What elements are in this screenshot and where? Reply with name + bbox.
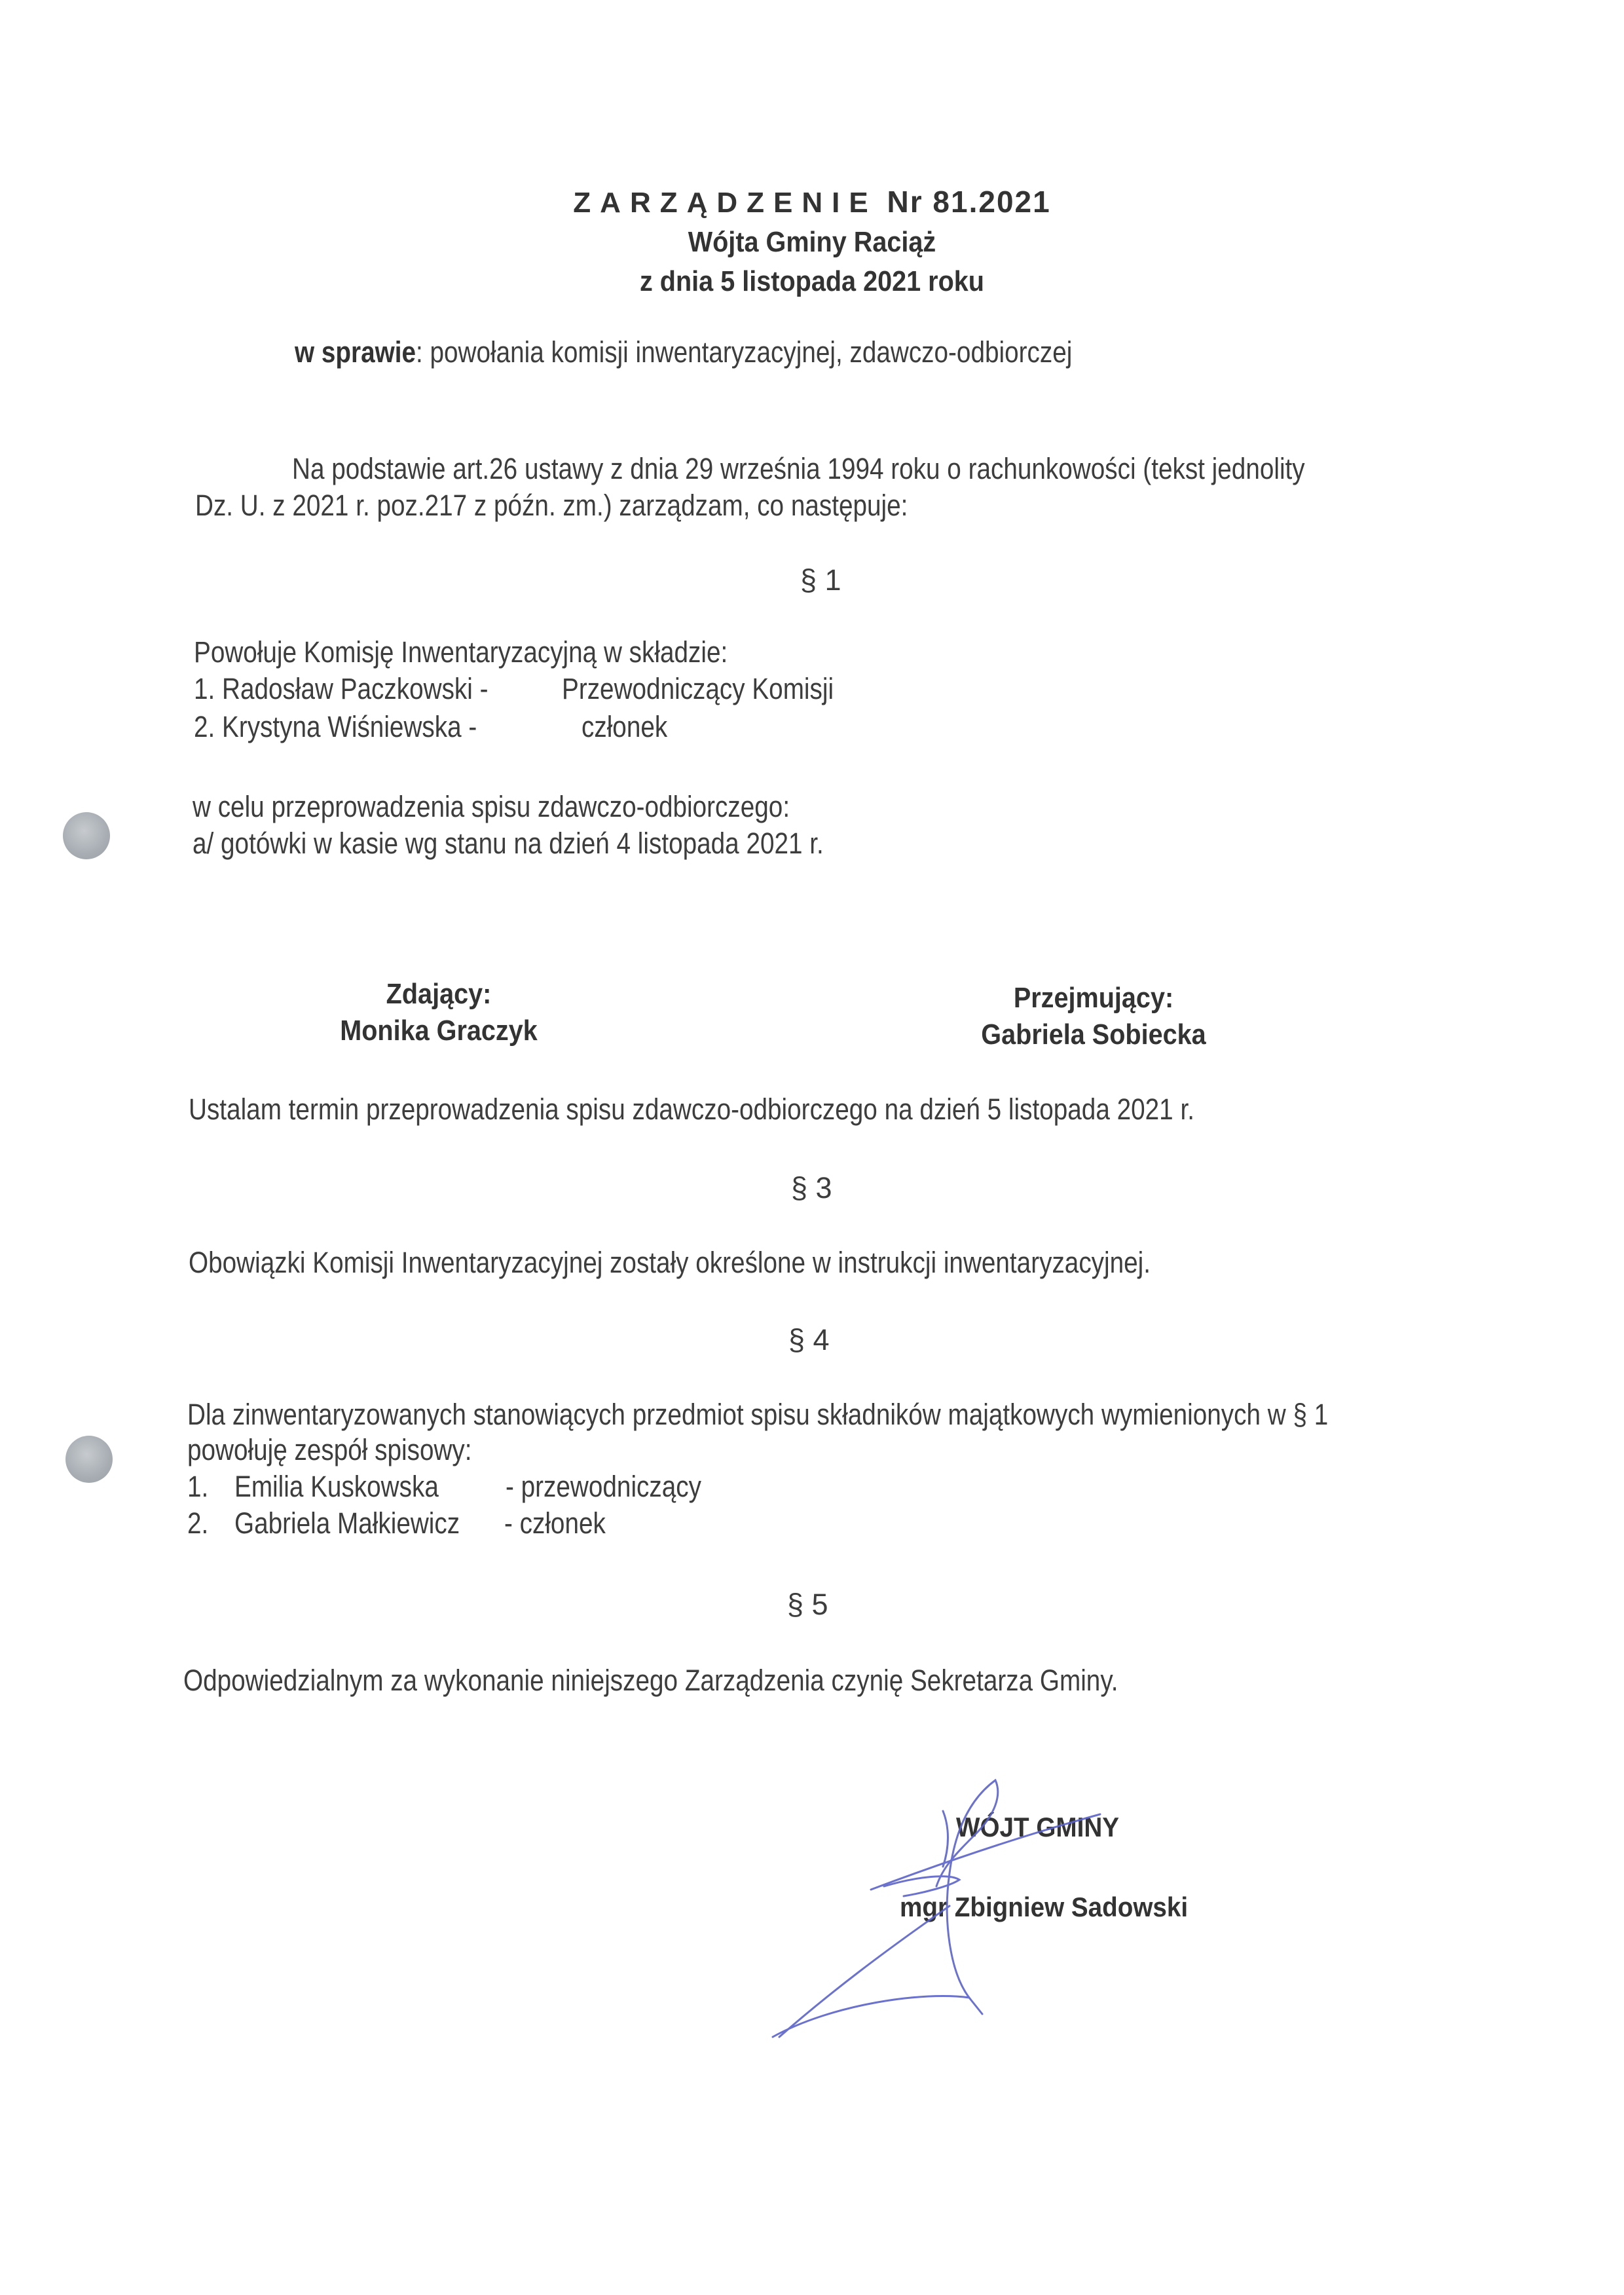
document-header: ZARZĄDZENIE Nr 81.2021 Wójta Gminy Racią… [0,182,1624,301]
handover-receiver: Przejmujący: Gabriela Sobiecka [958,980,1229,1053]
handover-giver: Zdający: Monika Graczyk [315,976,563,1049]
title-number: Nr 81.2021 [887,185,1051,219]
receiver-name: Gabriela Sobiecka [958,1017,1229,1053]
purpose-line-2: a/ gotówki w kasie wg stanu na dzień 4 l… [193,827,824,861]
giver-name: Monika Graczyk [315,1013,563,1049]
title-word: ZARZĄDZENIE [573,187,877,219]
commission-member-2-name: 2. Krystyna Wiśniewska - [194,710,477,744]
section-1-heading: § 1 [800,563,841,597]
document-date: z dnia 5 listopada 2021 roku [81,262,1543,301]
section-4-heading: § 4 [788,1323,830,1357]
issuer: Wójta Gminy Raciąż [81,223,1543,262]
team-member-1-num: 1. [187,1470,208,1504]
document-title: ZARZĄDZENIE Nr 81.2021 [0,182,1624,223]
section-3-text: Obowiązki Komisji Inwentaryzacyjnej zost… [189,1246,1151,1280]
commission-member-1-name: 1. Radosław Paczkowski - [194,672,489,706]
subject-label: w sprawie [295,335,416,369]
section-5-text: Odpowiedzialnym za wykonanie niniejszego… [183,1664,1118,1698]
hole-punch-top [63,812,110,859]
preamble-line-1: Na podstawie art.26 ustawy z dnia 29 wrz… [292,452,1305,486]
team-member-2-num: 2. [187,1506,208,1540]
team-member-2-name: Gabriela Małkiewicz [234,1506,460,1540]
section-4-line-2: powołuję zespół spisowy: [187,1433,472,1467]
subject-text: : powołania komisji inwentaryzacyjnej, z… [416,335,1072,369]
team-member-1-role: - przewodniczący [506,1470,701,1504]
subject-line: w sprawie: powołania komisji inwentaryza… [295,335,1072,369]
purpose-line-1: w celu przeprowadzenia spisu zdawczo-odb… [193,790,790,824]
section-1-intro: Powołuje Komisję Inwentaryzacyjną w skła… [194,635,728,669]
receiver-label: Przejmujący: [958,980,1229,1017]
commission-member-2-role: członek [581,710,667,744]
section-2-text: Ustalam termin przeprowadzenia spisu zda… [189,1092,1194,1127]
commission-member-1-role: Przewodniczący Komisji [562,672,834,706]
hole-punch-bottom [65,1436,113,1483]
giver-label: Zdający: [315,976,563,1013]
preamble-line-2: Dz. U. z 2021 r. poz.217 z późn. zm.) za… [195,489,908,523]
team-member-2-role: - członek [504,1506,606,1540]
section-3-heading: § 3 [791,1171,832,1205]
section-4-line-1: Dla zinwentaryzowanych stanowiących prze… [187,1398,1328,1432]
team-member-1-name: Emilia Kuskowska [234,1470,439,1504]
handwritten-signature [753,1755,1277,2070]
section-5-heading: § 5 [787,1588,828,1622]
